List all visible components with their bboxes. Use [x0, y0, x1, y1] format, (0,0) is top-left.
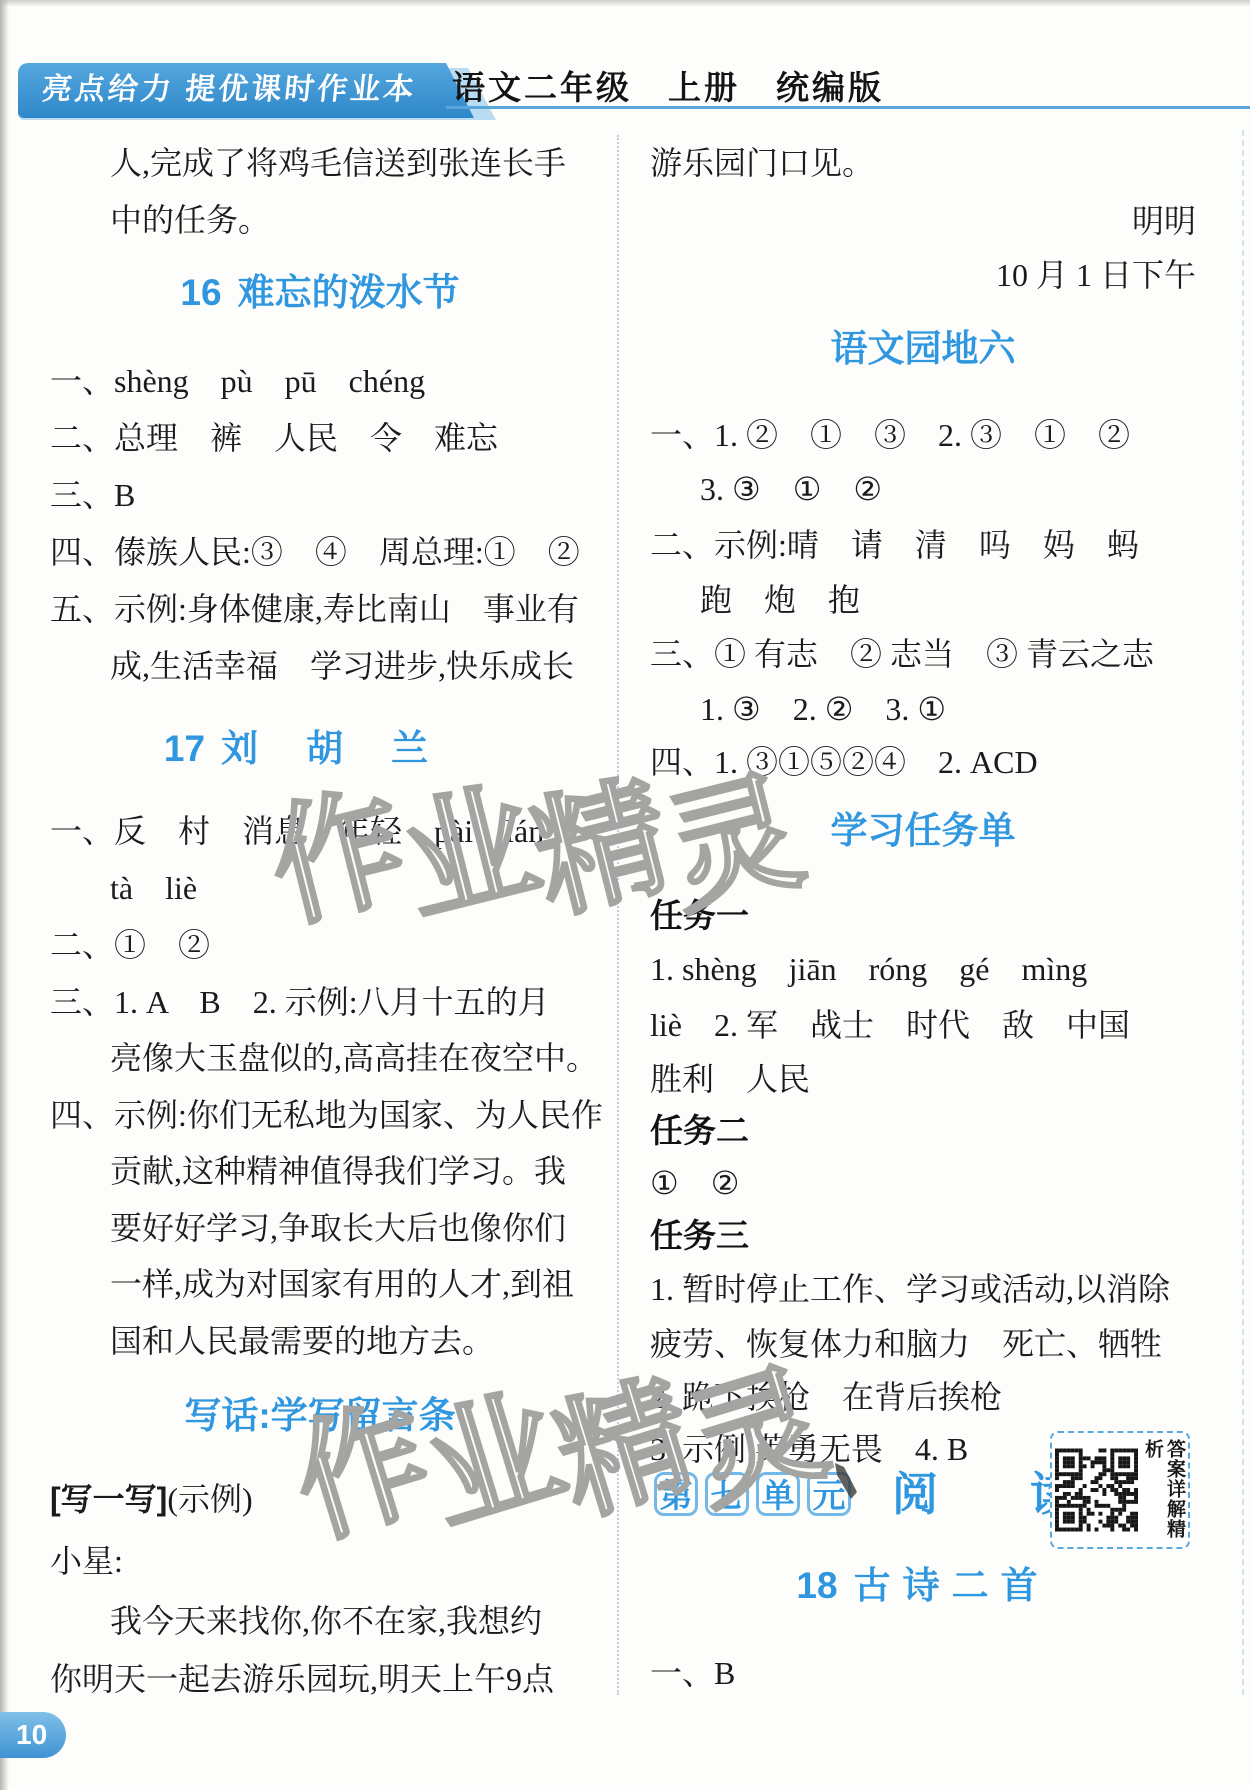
writing-section-heading: 写话:学写留言条: [50, 1395, 590, 1437]
answer-line: 国和人民最需要的地方去。: [110, 1320, 494, 1362]
note-signature: 明明: [650, 200, 1250, 242]
task-one-label: 任务一: [650, 895, 749, 937]
answer-line: ① ②: [650, 1162, 739, 1204]
answer-line: 一、B: [650, 1652, 735, 1694]
pen-icon: [830, 1462, 860, 1500]
lesson-title: 刘胡兰: [221, 728, 476, 769]
series-banner: 亮点给力 提优课时作业本: [18, 63, 474, 118]
note-body-line: 你明天一起去游乐园玩,明天上午9点: [50, 1658, 554, 1700]
answer-line: 1. shèng jiān róng gé mìng: [650, 948, 1087, 990]
answer-line: 二、示例:晴 请 清 吗 妈 蚂: [650, 524, 1139, 566]
note-body-line: 我今天来找你,你不在家,我想约: [110, 1600, 542, 1642]
lesson-title: 古诗二首: [854, 1565, 1050, 1606]
answer-line: 2. 跪下挨枪 在背后挨枪: [650, 1376, 1002, 1418]
unit-char-box: 七: [705, 1472, 749, 1516]
page-right-crop-line: [1242, 130, 1244, 1695]
answer-line: 三、① 有志 ② 志当 ③ 青云之志: [650, 633, 1154, 675]
answer-line: 四、1. ③①⑤②④ 2. ACD: [650, 741, 1038, 783]
lesson-title: 难忘的泼水节: [238, 272, 460, 313]
lesson-17-heading: 17刘胡兰: [50, 728, 590, 770]
answer-line: 人,完成了将鸡毛信送到张连长手: [110, 142, 566, 184]
answer-line: 四、傣族人民:③ ④ 周总理:① ②: [50, 531, 580, 573]
answer-line: 二、① ②: [50, 924, 210, 966]
answer-line: 亮像大玉盘似的,高高挂在夜空中。: [110, 1037, 598, 1079]
page-top-edge: [0, 0, 1250, 7]
unit-char-box: 第: [654, 1472, 698, 1516]
book-edition-title: 语文二年级 上册 统编版: [452, 70, 884, 106]
note-body-line: 游乐园门口见。: [650, 142, 874, 184]
series-title: 亮点给力 提优课时作业本: [40, 73, 418, 107]
answer-line: liè 2. 军 战士 时代 敌 中国: [650, 1004, 1130, 1046]
answer-line: 三、1. A B 2. 示例:八月十五的月: [50, 981, 550, 1023]
lesson-18-heading: 18古诗二首: [650, 1565, 1196, 1607]
answer-line: 四、示例:你们无私地为国家、为人民作: [50, 1094, 603, 1136]
answer-line: tà liè: [110, 867, 197, 909]
lesson-number: 18: [796, 1565, 837, 1606]
garden-six-heading: 语文园地六: [650, 328, 1196, 370]
answer-line: 1. ③ 2. ② 3. ①: [700, 688, 946, 730]
answer-line: 五、示例:身体健康,寿比南山 事业有: [50, 588, 579, 630]
column-divider: [617, 135, 619, 1695]
answer-line: 一、1. ② ① ③ 2. ③ ① ②: [650, 414, 1130, 456]
answer-line: 疲劳、恢复体力和脑力 死亡、牺牲: [650, 1323, 1162, 1365]
answer-line: 跑 炮 抱: [700, 579, 860, 621]
watermark-char: 作: [257, 771, 420, 944]
lesson-number: 17: [164, 728, 205, 769]
task-two-label: 任务二: [650, 1110, 749, 1152]
page-left-edge: [0, 0, 9, 1790]
qr-code: [1055, 1446, 1138, 1534]
answer-line: 胜利 人民: [650, 1058, 810, 1100]
answer-line: 1. 暂时停止工作、学习或活动,以消除: [650, 1268, 1170, 1310]
watermark-char: 业: [388, 766, 551, 939]
note-date: 10 月 1 日下午: [650, 254, 1196, 296]
lesson-number: 16: [180, 272, 221, 313]
lesson-16-heading: 16难忘的泼水节: [50, 272, 590, 314]
qr-panel: 答案详解精析: [1050, 1431, 1190, 1549]
example-note: (示例): [167, 1481, 252, 1517]
note-salutation: 小星:: [50, 1540, 123, 1582]
answer-line: 一、shèng pù pū chéng: [50, 360, 425, 402]
page-number-badge: 10: [0, 1712, 66, 1758]
answer-line: 成,生活幸福 学习进步,快乐成长: [110, 645, 574, 687]
answer-line: 中的任务。: [110, 199, 270, 241]
task-sheet-heading: 学习任务单: [650, 810, 1196, 852]
answer-line: 一、反 村 消息 年轻 pài lán: [50, 810, 544, 852]
task-three-label: 任务三: [650, 1215, 749, 1257]
answer-line: 一样,成为对国家有用的人才,到祖: [110, 1263, 574, 1305]
answer-line: 3. ③ ① ②: [700, 468, 882, 510]
write-it-label-line: [写一写](示例): [50, 1478, 253, 1520]
unit-char-box: 单: [756, 1472, 800, 1516]
workbook-answer-page: 亮点给力 提优课时作业本 语文二年级 上册 统编版 人,完成了将鸡毛信送到张连长…: [0, 0, 1250, 1790]
header-rule: [446, 106, 1250, 109]
qr-caption: 答案详解精析: [1141, 1439, 1185, 1541]
write-it-bracket: [写一写]: [50, 1481, 167, 1517]
answer-line: 三、B: [50, 474, 135, 516]
answer-line: 贡献,这种精神值得我们学习。我: [110, 1150, 566, 1192]
answer-line: 要好好学习,争取长大后也像你们: [110, 1207, 566, 1249]
answer-line: 二、总理 裤 人民 令 难忘: [50, 417, 498, 459]
answer-line: 3. 示例:英勇无畏 4. B: [650, 1428, 968, 1470]
